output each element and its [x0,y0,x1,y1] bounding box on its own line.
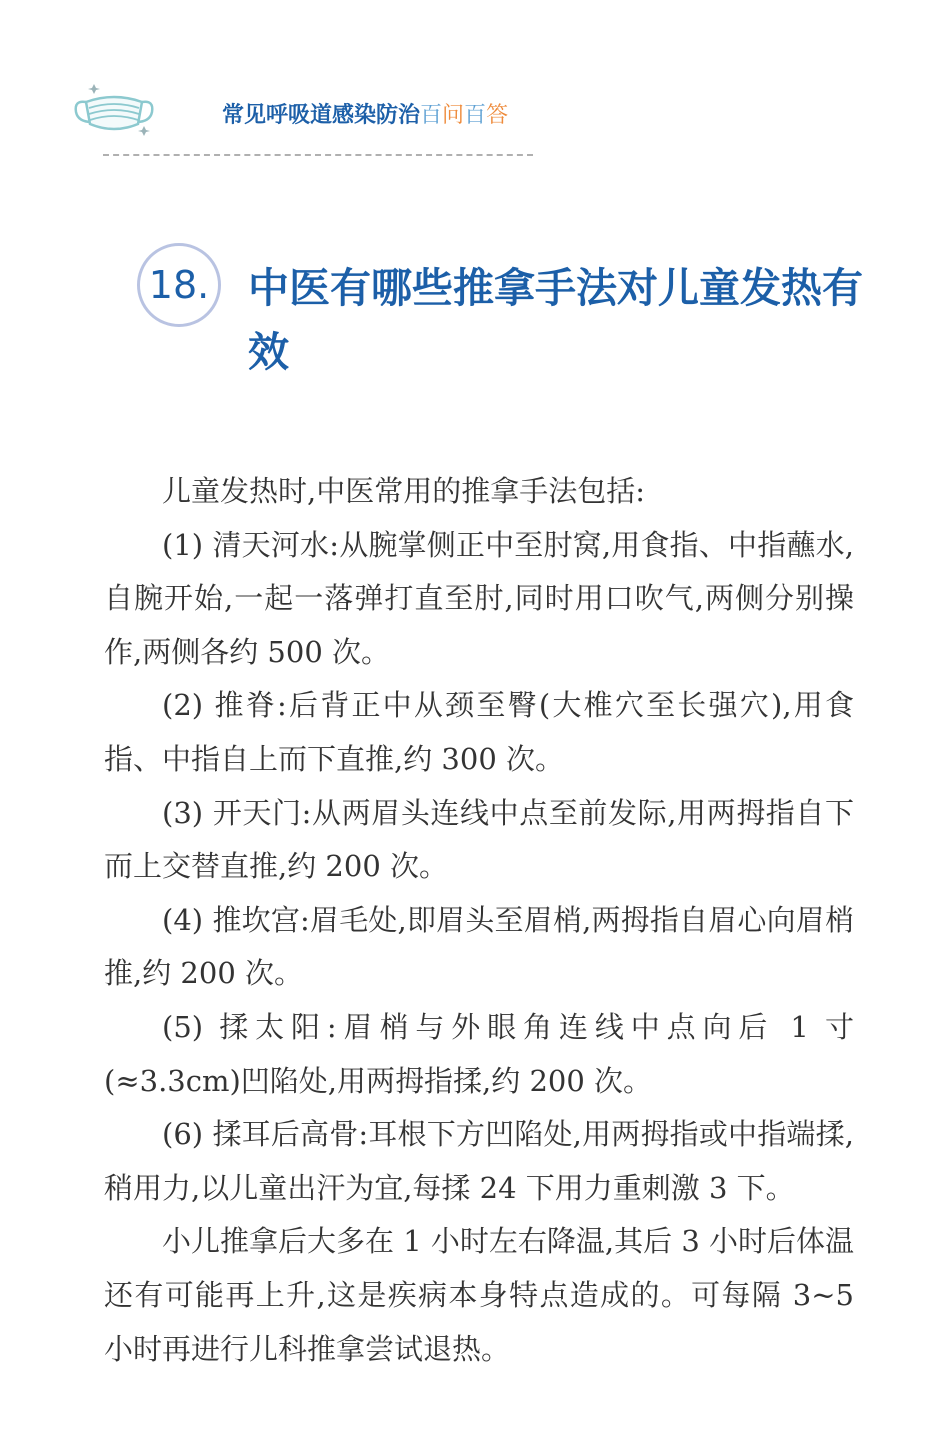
face-mask-icon [72,82,156,138]
paragraph-method-5: (5) 揉太阳:眉梢与外眼角连线中点向后 1 寸(≈3.3cm)凹陷处,用两拇指… [104,1001,854,1108]
question-title: 中医有哪些推拿手法对儿童发热有效 [248,256,868,384]
paragraph-method-3: (3) 开天门:从两眉头连线中点至前发际,用两拇指自下而上交替直推,约 200 … [104,787,854,894]
paragraph-method-4: (4) 推坎宫:眉毛处,即眉头至眉梢,两拇指自眉心向眉梢推,约 200 次。 [104,894,854,1001]
article-body: 儿童发热时,中医常用的推拿手法包括: (1) 清天河水:从腕掌侧正中至肘窝,用食… [104,465,854,1376]
paragraph-method-1: (1) 清天河水:从腕掌侧正中至肘窝,用食指、中指蘸水,自腕开始,一起一落弹打直… [104,519,854,680]
paragraph-method-2: (2) 推脊:后背正中从颈至臀(大椎穴至长强穴),用食指、中指自上而下直推,约 … [104,679,854,786]
header-divider [103,154,533,156]
paragraph-intro: 儿童发热时,中医常用的推拿手法包括: [104,465,854,519]
page-header: 常见呼吸道感染防治百问百答 [68,80,548,170]
book-title: 常见呼吸道感染防治百问百答 [222,98,508,129]
paragraph-conclusion: 小儿推拿后大多在 1 小时左右降温,其后 3 小时后体温还有可能再上升,这是疾病… [104,1215,854,1376]
question-number-badge: 18. [137,243,221,327]
paragraph-method-6: (6) 揉耳后高骨:耳根下方凹陷处,用两拇指或中指端揉,稍用力,以儿童出汗为宜,… [104,1108,854,1215]
